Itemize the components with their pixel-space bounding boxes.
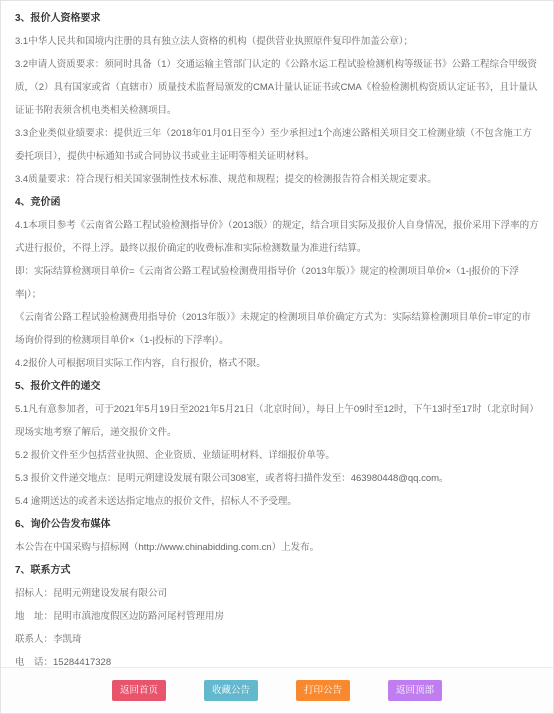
paragraph: 3.2申请人资质要求：须同时具备（1）交通运输主管部门认定的《公路水运工程试验检…	[15, 53, 539, 122]
favorite-announcement-button[interactable]: 收藏公告	[204, 680, 258, 701]
paragraph: 4.2报价人可根据项目实际工作内容，自行报价，格式不限。	[15, 352, 539, 375]
paragraph: 4.1本项目参考《云南省公路工程试验检测指导价》（2013版）的规定，结合项目实…	[15, 214, 539, 260]
paragraph: 5.2 报价文件至少包括营业执照、企业资质、业绩证明材料、详细报价单等。	[15, 444, 539, 467]
paragraph: 3.4质量要求：符合现行相关国家强制性技术标准、规范和规程；提交的检测报告符合相…	[15, 168, 539, 191]
paragraph: 5.4 逾期送达的或者未送达指定地点的报价文件，招标人不予受理。	[15, 490, 539, 513]
paragraph: 本公告在中国采购与招标网（http://www.chinabidding.com…	[15, 536, 539, 559]
paragraph: 3.1中华人民共和国境内注册的具有独立法人资格的机构（提供营业执照原件复印件加盖…	[15, 30, 539, 53]
contact-phone: 电 话：15284417328	[15, 651, 539, 667]
section-heading-bid-letter: 4、竞价函	[15, 191, 539, 214]
section-heading-submission: 5、报价文件的递交	[15, 375, 539, 398]
section-heading-media: 6、询价公告发布媒体	[15, 513, 539, 536]
back-home-button[interactable]: 返回首页	[112, 680, 166, 701]
contact-tenderer: 招标人：昆明元朔建设发展有限公司	[15, 582, 539, 605]
announcement-content: 3、报价人资格要求 3.1中华人民共和国境内注册的具有独立法人资格的机构（提供营…	[1, 1, 553, 667]
paragraph: 5.3 报价文件递交地点：昆明元朔建设发展有限公司308室，或者将扫描件发至：4…	[15, 467, 539, 490]
section-heading-qualifications: 3、报价人资格要求	[15, 7, 539, 30]
announcement-page: 3、报价人资格要求 3.1中华人民共和国境内注册的具有独立法人资格的机构（提供营…	[0, 0, 554, 714]
contact-person: 联系人：李凯琦	[15, 628, 539, 651]
contact-address: 地 址：昆明市滇池度假区边防路河尾村管理用房	[15, 605, 539, 628]
section-heading-contact: 7、联系方式	[15, 559, 539, 582]
action-bar: 返回首页 收藏公告 打印公告 返回顶部	[1, 667, 553, 713]
paragraph: 即：实际结算检测项目单价=《云南省公路工程试验检测费用指导价（2013年版）》规…	[15, 260, 539, 306]
paragraph: 3.3企业类似业绩要求：提供近三年（2018年01月01日至今）至少承担过1个高…	[15, 122, 539, 168]
paragraph: 《云南省公路工程试验检测费用指导价（2013年版）》未规定的检测项目单价确定方式…	[15, 306, 539, 352]
paragraph: 5.1凡有意参加者，可于2021年5月19日至2021年5月21日（北京时间），…	[15, 398, 539, 444]
back-to-top-button[interactable]: 返回顶部	[388, 680, 442, 701]
print-announcement-button[interactable]: 打印公告	[296, 680, 350, 701]
